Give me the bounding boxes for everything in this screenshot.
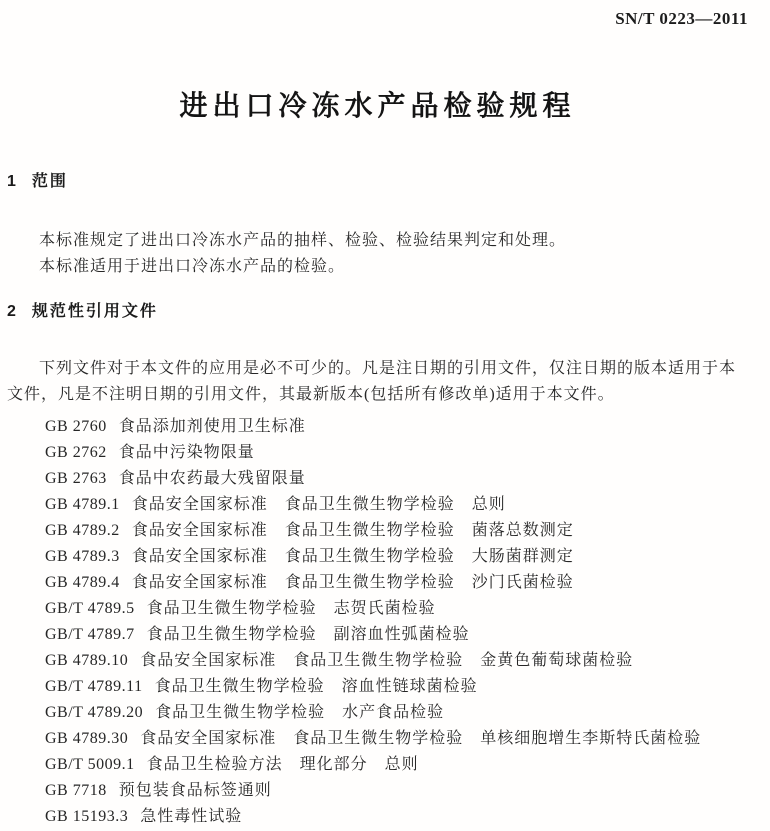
reference-title: 食品安全国家标准 食品卫生微生物学检验 金黄色葡萄球菌检验 [140, 652, 633, 669]
reference-code: GB/T 4789.7 [45, 622, 135, 648]
sections-container: 1范围本标准规定了进出口冷冻水产品的抽样、检验、检验结果判定和处理。本标准适用于… [7, 172, 748, 830]
reference-item: GB 2760食品添加剂使用卫生标准 [45, 414, 748, 440]
reference-item: GB/T 4789.20食品卫生微生物学检验 水产食品检验 [45, 700, 748, 726]
reference-code: GB/T 4789.11 [45, 674, 143, 700]
references-list: GB 2760食品添加剂使用卫生标准GB 2762食品中污染物限量GB 2763… [7, 414, 748, 830]
reference-code: GB 7718 [45, 778, 107, 804]
reference-code: GB 4789.30 [45, 726, 128, 752]
section-number: 2 [7, 302, 16, 322]
reference-title: 食品安全国家标准 食品卫生微生物学检验 单核细胞增生李斯特氏菌检验 [140, 730, 701, 747]
reference-item: GB 4789.2食品安全国家标准 食品卫生微生物学检验 菌落总数测定 [45, 518, 748, 544]
reference-item: GB/T 5009.1食品卫生检验方法 理化部分 总则 [45, 752, 748, 778]
section-heading: 1范围 [7, 172, 748, 192]
reference-title: 食品卫生检验方法 理化部分 总则 [147, 756, 419, 773]
reference-code: GB/T 5009.1 [45, 752, 135, 778]
section-heading-label: 范围 [32, 173, 68, 190]
reference-title: 食品安全国家标准 食品卫生微生物学检验 沙门氏菌检验 [132, 574, 574, 591]
standard-code: SN/T 0223—2011 [7, 8, 748, 30]
paragraph: 下列文件对于本文件的应用是必不可少的。凡是注日期的引用文件，仅注日期的版本适用于… [7, 356, 748, 408]
reference-item: GB 2763食品中农药最大残留限量 [45, 466, 748, 492]
reference-code: GB/T 4789.5 [45, 596, 135, 622]
reference-code: GB 4789.4 [45, 570, 120, 596]
document-page: SN/T 0223—2011 进出口冷冻水产品检验规程 1范围本标准规定了进出口… [0, 0, 770, 831]
section-2: 2规范性引用文件下列文件对于本文件的应用是必不可少的。凡是注日期的引用文件，仅注… [7, 302, 748, 830]
reference-title: 食品卫生微生物学检验 溶血性链球菌检验 [155, 678, 478, 695]
reference-title: 食品安全国家标准 食品卫生微生物学检验 总则 [132, 496, 506, 513]
reference-title: 急性毒性试验 [140, 808, 242, 825]
reference-item: GB 2762食品中污染物限量 [45, 440, 748, 466]
paragraph: 本标准规定了进出口冷冻水产品的抽样、检验、检验结果判定和处理。 [7, 228, 748, 254]
reference-title: 食品卫生微生物学检验 水产食品检验 [155, 704, 444, 721]
page-title: 进出口冷冻水产品检验规程 [7, 88, 748, 124]
reference-title: 食品卫生微生物学检验 副溶血性弧菌检验 [147, 626, 470, 643]
reference-item: GB 4789.4食品安全国家标准 食品卫生微生物学检验 沙门氏菌检验 [45, 570, 748, 596]
section-paragraphs: 本标准规定了进出口冷冻水产品的抽样、检验、检验结果判定和处理。本标准适用于进出口… [7, 228, 748, 280]
reference-title: 预包装食品标签通则 [119, 782, 272, 799]
reference-title: 食品中农药最大残留限量 [119, 470, 306, 487]
section-1: 1范围本标准规定了进出口冷冻水产品的抽样、检验、检验结果判定和处理。本标准适用于… [7, 172, 748, 280]
reference-code: GB 15193.3 [45, 804, 128, 830]
reference-title: 食品安全国家标准 食品卫生微生物学检验 菌落总数测定 [132, 522, 574, 539]
reference-code: GB 2760 [45, 414, 107, 440]
reference-title: 食品安全国家标准 食品卫生微生物学检验 大肠菌群测定 [132, 548, 574, 565]
reference-item: GB/T 4789.11食品卫生微生物学检验 溶血性链球菌检验 [45, 674, 748, 700]
reference-title: 食品中污染物限量 [119, 444, 255, 461]
section-heading: 2规范性引用文件 [7, 302, 748, 322]
section-number: 1 [7, 172, 16, 192]
paragraph: 本标准适用于进出口冷冻水产品的检验。 [7, 254, 748, 280]
reference-code: GB 2763 [45, 466, 107, 492]
reference-item: GB/T 4789.7食品卫生微生物学检验 副溶血性弧菌检验 [45, 622, 748, 648]
reference-code: GB 4789.3 [45, 544, 120, 570]
reference-code: GB 4789.2 [45, 518, 120, 544]
reference-item: GB 15193.3急性毒性试验 [45, 804, 748, 830]
reference-item: GB 4789.10食品安全国家标准 食品卫生微生物学检验 金黄色葡萄球菌检验 [45, 648, 748, 674]
reference-code: GB 2762 [45, 440, 107, 466]
reference-title: 食品添加剂使用卫生标准 [119, 418, 306, 435]
reference-code: GB 4789.10 [45, 648, 128, 674]
reference-code: GB 4789.1 [45, 492, 120, 518]
reference-item: GB 4789.1食品安全国家标准 食品卫生微生物学检验 总则 [45, 492, 748, 518]
reference-item: GB 7718预包装食品标签通则 [45, 778, 748, 804]
reference-item: GB 4789.30食品安全国家标准 食品卫生微生物学检验 单核细胞增生李斯特氏… [45, 726, 748, 752]
reference-title: 食品卫生微生物学检验 志贺氏菌检验 [147, 600, 436, 617]
section-paragraphs: 下列文件对于本文件的应用是必不可少的。凡是注日期的引用文件，仅注日期的版本适用于… [7, 356, 748, 408]
section-heading-label: 规范性引用文件 [32, 303, 158, 320]
reference-item: GB/T 4789.5食品卫生微生物学检验 志贺氏菌检验 [45, 596, 748, 622]
reference-code: GB/T 4789.20 [45, 700, 143, 726]
reference-item: GB 4789.3食品安全国家标准 食品卫生微生物学检验 大肠菌群测定 [45, 544, 748, 570]
